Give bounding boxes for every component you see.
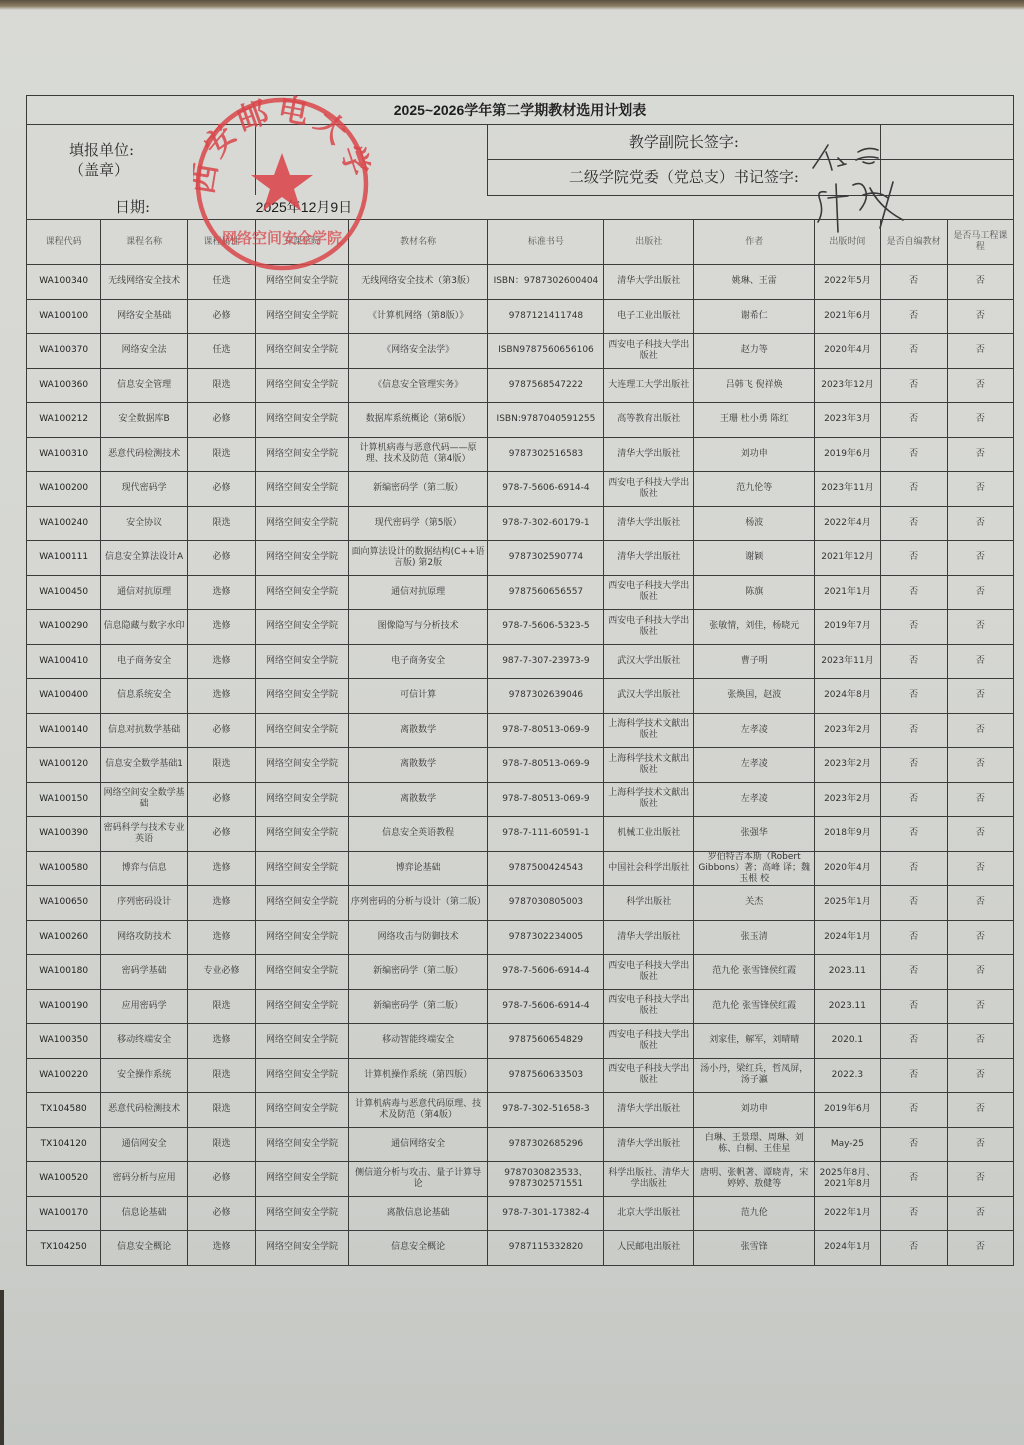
- author-cell: 曹子明: [694, 644, 815, 679]
- textbook-title-cell: 序列密码的分析与设计（第二版）: [348, 886, 488, 921]
- offering-college-cell: 网络空间安全学院: [256, 713, 349, 748]
- publisher-cell: 清华大学出版社: [604, 506, 694, 541]
- column-header: 是否马工程课程: [947, 220, 1013, 265]
- marx-project-flag-cell: 否: [947, 403, 1013, 438]
- author-cell: 张敏情，刘佳，杨晓元: [694, 610, 815, 645]
- offering-college-cell: 网络空间安全学院: [256, 782, 349, 817]
- course-code-cell: WA100310: [27, 437, 101, 472]
- textbook-title-cell: 数据库系统概论（第6版）: [348, 403, 488, 438]
- publish-date-cell: 2019年6月: [815, 437, 880, 472]
- table-row: WA100400信息系统安全选修网络空间安全学院可信计算978730263904…: [27, 679, 1014, 714]
- author-cell: 刘家佳，解军，刘晴晴: [694, 1024, 815, 1059]
- offering-college-cell: 网络空间安全学院: [256, 334, 349, 369]
- course-type-cell: 限选: [187, 748, 255, 783]
- isbn-cell: 9787500424543: [488, 851, 604, 886]
- offering-college-cell: 网络空间安全学院: [256, 472, 349, 507]
- isbn-cell: 9787302516583: [488, 437, 604, 472]
- publish-date-cell: 2022年5月: [815, 265, 880, 300]
- textbook-plan-sheet: 2025~2026学年第二学期教材选用计划表 填报单位: （盖章） 教学副院长签…: [26, 95, 1014, 1266]
- isbn-cell: 978-7-302-51658-3: [488, 1093, 604, 1128]
- isbn-cell: 9787302234005: [488, 920, 604, 955]
- self-compiled-flag-cell: 否: [880, 1127, 947, 1162]
- author-cell: 杨波: [694, 506, 815, 541]
- course-code-cell: WA100111: [27, 541, 101, 576]
- course-type-cell: 选修: [187, 610, 255, 645]
- course-code-cell: WA100580: [27, 851, 101, 886]
- self-compiled-flag-cell: 否: [880, 817, 947, 852]
- table-row: WA100390密码科学与技术专业英语必修网络空间安全学院信息安全英语教程978…: [27, 817, 1014, 852]
- isbn-cell: 9787560633503: [488, 1058, 604, 1093]
- course-name-cell: 信息安全管理: [101, 368, 188, 403]
- offering-college-cell: 网络空间安全学院: [256, 265, 349, 300]
- course-code-cell: WA100370: [27, 334, 101, 369]
- table-row: WA100212安全数据库B必修网络空间安全学院数据库系统概论（第6版）ISBN…: [27, 403, 1014, 438]
- publish-date-cell: 2019年7月: [815, 610, 880, 645]
- course-code-cell: WA100520: [27, 1162, 101, 1197]
- publisher-cell: 中国社会科学出版社: [604, 851, 694, 886]
- marx-project-flag-cell: 否: [947, 437, 1013, 472]
- course-code-cell: WA100260: [27, 920, 101, 955]
- author-cell: 姚琳、王雷: [694, 265, 815, 300]
- course-code-cell: WA100220: [27, 1058, 101, 1093]
- isbn-cell: 9787302639046: [488, 679, 604, 714]
- course-type-cell: 限选: [187, 1058, 255, 1093]
- course-type-cell: 任选: [187, 334, 255, 369]
- marx-project-flag-cell: 否: [947, 955, 1013, 990]
- offering-college-cell: 网络空间安全学院: [256, 644, 349, 679]
- marx-project-flag-cell: 否: [947, 334, 1013, 369]
- author-cell: 赵力等: [694, 334, 815, 369]
- publisher-cell: 电子工业出版社: [604, 299, 694, 334]
- publish-date-cell: 2021年12月: [815, 541, 880, 576]
- course-name-cell: 移动终端安全: [101, 1024, 188, 1059]
- textbook-title-cell: 图像隐写与分析技术: [348, 610, 488, 645]
- self-compiled-flag-cell: 否: [880, 1231, 947, 1266]
- self-compiled-flag-cell: 否: [880, 403, 947, 438]
- table-row: WA100260网络攻防技术选修网络空间安全学院网络攻击与防御技术9787302…: [27, 920, 1014, 955]
- course-code-cell: WA100650: [27, 886, 101, 921]
- author-cell: 唐明、张帆著、谭晓青，宋婷婷、敖健等: [694, 1162, 815, 1197]
- marx-project-flag-cell: 否: [947, 851, 1013, 886]
- publisher-cell: 西安电子科技大学出版社: [604, 334, 694, 369]
- textbook-title-cell: 通信网络安全: [348, 1127, 488, 1162]
- offering-college-cell: 网络空间安全学院: [256, 575, 349, 610]
- course-type-cell: 限选: [187, 989, 255, 1024]
- course-name-cell: 网络空间安全数学基础: [101, 782, 188, 817]
- publish-date-cell: 2023.11: [815, 989, 880, 1024]
- offering-college-cell: 网络空间安全学院: [256, 817, 349, 852]
- table-row: WA100140信息对抗数学基础必修网络空间安全学院离散数学978-7-8051…: [27, 713, 1014, 748]
- date-label: 日期:: [27, 195, 256, 220]
- table-row: WA100360信息安全管理限选网络空间安全学院《信息安全管理实务》978756…: [27, 368, 1014, 403]
- course-code-cell: WA100450: [27, 575, 101, 610]
- course-name-cell: 网络安全法: [101, 334, 188, 369]
- isbn-cell: ISBN：9787302600404: [488, 265, 604, 300]
- course-name-cell: 现代密码学: [101, 472, 188, 507]
- isbn-cell: ISBN:9787040591255: [488, 403, 604, 438]
- publish-date-cell: 2023年2月: [815, 713, 880, 748]
- course-name-cell: 信息论基础: [101, 1196, 188, 1231]
- textbook-title-cell: 《信息安全管理实务》: [348, 368, 488, 403]
- textbook-title-cell: 面向算法设计的数据结构(C++语言版) 第2版: [348, 541, 488, 576]
- column-header: 出版社: [604, 220, 694, 265]
- isbn-cell: 978-7-5606-6914-4: [488, 989, 604, 1024]
- table-header-row: 课程代码课程名称课程属性开课学院教材名称标准书号出版社作者出版时间是否自编教材是…: [27, 220, 1014, 265]
- course-code-cell: WA100240: [27, 506, 101, 541]
- marx-project-flag-cell: 否: [947, 1024, 1013, 1059]
- author-cell: 左孝凌: [694, 748, 815, 783]
- date-value: 2025年12月9日: [256, 195, 1014, 220]
- column-header: 教材名称: [348, 220, 488, 265]
- publish-date-cell: 2021年6月: [815, 299, 880, 334]
- course-type-cell: 限选: [187, 1127, 255, 1162]
- marx-project-flag-cell: 否: [947, 679, 1013, 714]
- publisher-cell: 武汉大学出版社: [604, 644, 694, 679]
- author-cell: 王珊 杜小勇 陈红: [694, 403, 815, 438]
- self-compiled-flag-cell: 否: [880, 1162, 947, 1197]
- publisher-cell: 上海科学技术文献出版社: [604, 713, 694, 748]
- self-compiled-flag-cell: 否: [880, 644, 947, 679]
- publish-date-cell: 2022年4月: [815, 506, 880, 541]
- column-header: 课程名称: [101, 220, 188, 265]
- self-compiled-flag-cell: 否: [880, 851, 947, 886]
- publish-date-cell: 2021年1月: [815, 575, 880, 610]
- textbook-title-cell: 离散信息论基础: [348, 1196, 488, 1231]
- course-code-cell: WA100290: [27, 610, 101, 645]
- isbn-cell: 978-7-80513-069-9: [488, 748, 604, 783]
- self-compiled-flag-cell: 否: [880, 541, 947, 576]
- marx-project-flag-cell: 否: [947, 1231, 1013, 1266]
- self-compiled-flag-cell: 否: [880, 679, 947, 714]
- table-row: WA100170信息论基础必修网络空间安全学院离散信息论基础978-7-301-…: [27, 1196, 1014, 1231]
- course-code-cell: WA100360: [27, 368, 101, 403]
- isbn-cell: 9787302590774: [488, 541, 604, 576]
- course-name-cell: 安全操作系统: [101, 1058, 188, 1093]
- self-compiled-flag-cell: 否: [880, 1058, 947, 1093]
- isbn-cell: 9787560656557: [488, 575, 604, 610]
- course-name-cell: 序列密码设计: [101, 886, 188, 921]
- table-row: WA100111信息安全算法设计A必修网络空间安全学院面向算法设计的数据结构(C…: [27, 541, 1014, 576]
- course-type-cell: 限选: [187, 368, 255, 403]
- table-row: TX104580恶意代码检测技术限选网络空间安全学院计算机病毒与恶意代码原理、技…: [27, 1093, 1014, 1128]
- table-row: WA100100网络安全基础必修网络空间安全学院《计算机网络（第8版）》9787…: [27, 299, 1014, 334]
- table-row: WA100220安全操作系统限选网络空间安全学院计算机操作系统（第四版）9787…: [27, 1058, 1014, 1093]
- author-cell: 张玉清: [694, 920, 815, 955]
- textbook-title-cell: 离散数学: [348, 713, 488, 748]
- marx-project-flag-cell: 否: [947, 782, 1013, 817]
- course-type-cell: 限选: [187, 1093, 255, 1128]
- textbook-title-cell: 计算机操作系统（第四版）: [348, 1058, 488, 1093]
- offering-college-cell: 网络空间安全学院: [256, 506, 349, 541]
- course-name-cell: 应用密码学: [101, 989, 188, 1024]
- textbook-title-cell: 电子商务安全: [348, 644, 488, 679]
- course-type-cell: 必修: [187, 541, 255, 576]
- publish-date-cell: 2022.3: [815, 1058, 880, 1093]
- publisher-cell: 科学出版社、清华大学出版社: [604, 1162, 694, 1197]
- marx-project-flag-cell: 否: [947, 644, 1013, 679]
- isbn-cell: 9787030805003: [488, 886, 604, 921]
- marx-project-flag-cell: 否: [947, 1127, 1013, 1162]
- publisher-cell: 西安电子科技大学出版社: [604, 1058, 694, 1093]
- course-code-cell: TX104580: [27, 1093, 101, 1128]
- author-cell: 关杰: [694, 886, 815, 921]
- table-row: WA100370网络安全法任选网络空间安全学院《网络安全法学》ISBN97875…: [27, 334, 1014, 369]
- table-row: WA100410电子商务安全选修网络空间安全学院电子商务安全987-7-307-…: [27, 644, 1014, 679]
- table-row: WA100340无线网络安全技术任选网络空间安全学院无线网络安全技术（第3版）I…: [27, 265, 1014, 300]
- publish-date-cell: 2024年1月: [815, 920, 880, 955]
- author-cell: 刘功申: [694, 437, 815, 472]
- marx-project-flag-cell: 否: [947, 506, 1013, 541]
- author-cell: 白琳、王景璟、周琳、刘栋、白桐、王佳星: [694, 1127, 815, 1162]
- publish-date-cell: 2024年1月: [815, 1231, 880, 1266]
- textbook-title-cell: 计算机病毒与恶意代码原理、技术及防范（第4版）: [348, 1093, 488, 1128]
- course-code-cell: WA100100: [27, 299, 101, 334]
- author-cell: 汤小丹，梁红兵，哲凤屏，汤子瀛: [694, 1058, 815, 1093]
- table-row: WA100450通信对抗原理选修网络空间安全学院通信对抗原理9787560656…: [27, 575, 1014, 610]
- isbn-cell: 978-7-302-60179-1: [488, 506, 604, 541]
- isbn-cell: 9787302685296: [488, 1127, 604, 1162]
- publisher-cell: 上海科学技术文献出版社: [604, 782, 694, 817]
- course-code-cell: TX104120: [27, 1127, 101, 1162]
- course-code-cell: WA100390: [27, 817, 101, 852]
- table-row: WA100650序列密码设计选修网络空间安全学院序列密码的分析与设计（第二版）9…: [27, 886, 1014, 921]
- publish-date-cell: 2023年2月: [815, 782, 880, 817]
- course-name-cell: 密码学基础: [101, 955, 188, 990]
- course-code-cell: WA100200: [27, 472, 101, 507]
- textbook-title-cell: 信息安全英语教程: [348, 817, 488, 852]
- offering-college-cell: 网络空间安全学院: [256, 1196, 349, 1231]
- column-header: 开课学院: [256, 220, 349, 265]
- isbn-cell: ISBN9787560656106: [488, 334, 604, 369]
- unit-label: 填报单位:: [29, 140, 253, 160]
- publisher-cell: 清华大学出版社: [604, 1127, 694, 1162]
- author-cell: 左孝凌: [694, 782, 815, 817]
- table-row: WA100150网络空间安全数学基础必修网络空间安全学院离散数学978-7-80…: [27, 782, 1014, 817]
- publisher-cell: 西安电子科技大学出版社: [604, 1024, 694, 1059]
- course-type-cell: 选修: [187, 575, 255, 610]
- course-type-cell: 选修: [187, 679, 255, 714]
- self-compiled-flag-cell: 否: [880, 713, 947, 748]
- offering-college-cell: 网络空间安全学院: [256, 955, 349, 990]
- textbook-title-cell: 新编密码学（第二版）: [348, 989, 488, 1024]
- publish-date-cell: 2024年8月: [815, 679, 880, 714]
- offering-college-cell: 网络空间安全学院: [256, 368, 349, 403]
- textbook-title-cell: 离散数学: [348, 782, 488, 817]
- publisher-cell: 人民邮电出版社: [604, 1231, 694, 1266]
- vice-dean-signature-cell: [880, 125, 1014, 160]
- course-type-cell: 选修: [187, 1024, 255, 1059]
- marx-project-flag-cell: 否: [947, 886, 1013, 921]
- table-row: WA100200现代密码学必修网络空间安全学院新编密码学（第二版）978-7-5…: [27, 472, 1014, 507]
- unit-label-cell: 填报单位: （盖章）: [27, 125, 256, 196]
- document-title: 2025~2026学年第二学期教材选用计划表: [27, 96, 1014, 125]
- course-name-cell: 博弈与信息: [101, 851, 188, 886]
- publish-date-cell: 2023年2月: [815, 748, 880, 783]
- offering-college-cell: 网络空间安全学院: [256, 610, 349, 645]
- course-name-cell: 无线网络安全技术: [101, 265, 188, 300]
- offering-college-cell: 网络空间安全学院: [256, 1058, 349, 1093]
- marx-project-flag-cell: 否: [947, 817, 1013, 852]
- course-name-cell: 电子商务安全: [101, 644, 188, 679]
- publisher-cell: 西安电子科技大学出版社: [604, 610, 694, 645]
- offering-college-cell: 网络空间安全学院: [256, 920, 349, 955]
- photo-edge-shadow: [0, 0, 1024, 10]
- publisher-cell: 西安电子科技大学出版社: [604, 989, 694, 1024]
- course-code-cell: WA100410: [27, 644, 101, 679]
- publish-date-cell: 2023年3月: [815, 403, 880, 438]
- author-cell: 左孝凌: [694, 713, 815, 748]
- author-cell: 罗伯特吉本斯（Robert Gibbons）著；高峰 译；魏玉根 校: [694, 851, 815, 886]
- publisher-cell: 高等教育出版社: [604, 403, 694, 438]
- table-row: WA100310恶意代码检测技术限选网络空间安全学院计算机病毒与恶意代码——原理…: [27, 437, 1014, 472]
- course-type-cell: 限选: [187, 506, 255, 541]
- offering-college-cell: 网络空间安全学院: [256, 748, 349, 783]
- publish-date-cell: 2025年8月、2021年8月: [815, 1162, 880, 1197]
- textbook-title-cell: 离散数学: [348, 748, 488, 783]
- course-name-cell: 网络攻防技术: [101, 920, 188, 955]
- table-row: WA100120信息安全数学基础1限选网络空间安全学院离散数学978-7-805…: [27, 748, 1014, 783]
- course-type-cell: 选修: [187, 886, 255, 921]
- course-type-cell: 任选: [187, 265, 255, 300]
- marx-project-flag-cell: 否: [947, 368, 1013, 403]
- textbook-title-cell: 侧信道分析与攻击、量子计算导论: [348, 1162, 488, 1197]
- marx-project-flag-cell: 否: [947, 472, 1013, 507]
- offering-college-cell: 网络空间安全学院: [256, 851, 349, 886]
- isbn-cell: 9787568547222: [488, 368, 604, 403]
- table-row: WA100290信息隐藏与数字水印选修网络空间安全学院图像隐写与分析技术978-…: [27, 610, 1014, 645]
- self-compiled-flag-cell: 否: [880, 782, 947, 817]
- column-header: 出版时间: [815, 220, 880, 265]
- author-cell: 张雪锋: [694, 1231, 815, 1266]
- isbn-cell: 978-7-301-17382-4: [488, 1196, 604, 1231]
- textbook-title-cell: 计算机病毒与恶意代码——原理、技术及防范（第4版）: [348, 437, 488, 472]
- column-header: 课程代码: [27, 220, 101, 265]
- course-type-cell: 选修: [187, 1231, 255, 1266]
- course-name-cell: 安全数据库B: [101, 403, 188, 438]
- course-name-cell: 通信网安全: [101, 1127, 188, 1162]
- publisher-cell: 武汉大学出版社: [604, 679, 694, 714]
- table-row: WA100190应用密码学限选网络空间安全学院新编密码学（第二版）978-7-5…: [27, 989, 1014, 1024]
- publisher-cell: 清华大学出版社: [604, 437, 694, 472]
- textbook-title-cell: 网络攻击与防御技术: [348, 920, 488, 955]
- course-type-cell: 专业必修: [187, 955, 255, 990]
- textbook-title-cell: 信息安全概论: [348, 1231, 488, 1266]
- self-compiled-flag-cell: 否: [880, 575, 947, 610]
- isbn-cell: 9787121411748: [488, 299, 604, 334]
- course-code-cell: WA100400: [27, 679, 101, 714]
- publish-date-cell: 2025年1月: [815, 886, 880, 921]
- self-compiled-flag-cell: 否: [880, 955, 947, 990]
- marx-project-flag-cell: 否: [947, 713, 1013, 748]
- author-cell: 吕韩飞 倪祥焕: [694, 368, 815, 403]
- isbn-cell: 978-7-80513-069-9: [488, 782, 604, 817]
- course-code-cell: WA100190: [27, 989, 101, 1024]
- course-code-cell: WA100212: [27, 403, 101, 438]
- course-name-cell: 密码分析与应用: [101, 1162, 188, 1197]
- table-row: WA100180密码学基础专业必修网络空间安全学院新编密码学（第二版）978-7…: [27, 955, 1014, 990]
- self-compiled-flag-cell: 否: [880, 506, 947, 541]
- publisher-cell: 清华大学出版社: [604, 1093, 694, 1128]
- party-secretary-sign-label: 二级学院党委（党总支）书记签字:: [488, 160, 880, 195]
- course-type-cell: 选修: [187, 644, 255, 679]
- isbn-cell: 978-7-5606-6914-4: [488, 472, 604, 507]
- marx-project-flag-cell: 否: [947, 989, 1013, 1024]
- self-compiled-flag-cell: 否: [880, 1196, 947, 1231]
- self-compiled-flag-cell: 否: [880, 1024, 947, 1059]
- offering-college-cell: 网络空间安全学院: [256, 1127, 349, 1162]
- course-type-cell: 选修: [187, 920, 255, 955]
- course-code-cell: WA100350: [27, 1024, 101, 1059]
- publish-date-cell: 2018年9月: [815, 817, 880, 852]
- isbn-cell: 9787560654829: [488, 1024, 604, 1059]
- author-cell: 范九伦 张雪锋侯红霞: [694, 955, 815, 990]
- course-name-cell: 信息对抗数学基础: [101, 713, 188, 748]
- publisher-cell: 清华大学出版社: [604, 920, 694, 955]
- course-type-cell: 必修: [187, 817, 255, 852]
- publish-date-cell: May-25: [815, 1127, 880, 1162]
- course-name-cell: 信息系统安全: [101, 679, 188, 714]
- offering-college-cell: 网络空间安全学院: [256, 541, 349, 576]
- course-name-cell: 信息安全数学基础1: [101, 748, 188, 783]
- marx-project-flag-cell: 否: [947, 541, 1013, 576]
- publish-date-cell: 2020.1: [815, 1024, 880, 1059]
- offering-college-cell: 网络空间安全学院: [256, 989, 349, 1024]
- publish-date-cell: 2023年11月: [815, 644, 880, 679]
- author-cell: 刘功申: [694, 1093, 815, 1128]
- offering-college-cell: 网络空间安全学院: [256, 1093, 349, 1128]
- course-name-cell: 网络安全基础: [101, 299, 188, 334]
- course-type-cell: 必修: [187, 1162, 255, 1197]
- offering-college-cell: 网络空间安全学院: [256, 1024, 349, 1059]
- marx-project-flag-cell: 否: [947, 1162, 1013, 1197]
- publisher-cell: 北京大学出版社: [604, 1196, 694, 1231]
- marx-project-flag-cell: 否: [947, 748, 1013, 783]
- textbook-title-cell: 移动智能终端安全: [348, 1024, 488, 1059]
- course-type-cell: 必修: [187, 782, 255, 817]
- course-type-cell: 必修: [187, 472, 255, 507]
- publisher-cell: 大连理工大学出版社: [604, 368, 694, 403]
- course-name-cell: 恶意代码检测技术: [101, 1093, 188, 1128]
- publish-date-cell: 2020年4月: [815, 334, 880, 369]
- course-type-cell: 选修: [187, 851, 255, 886]
- publish-date-cell: 2023.11: [815, 955, 880, 990]
- photo-edge-shadow-left: [0, 1290, 4, 1445]
- isbn-cell: 978-7-111-60591-1: [488, 817, 604, 852]
- course-code-cell: TX104250: [27, 1231, 101, 1266]
- course-name-cell: 密码科学与技术专业英语: [101, 817, 188, 852]
- marx-project-flag-cell: 否: [947, 265, 1013, 300]
- course-type-cell: 限选: [187, 437, 255, 472]
- textbook-title-cell: 新编密码学（第二版）: [348, 955, 488, 990]
- author-cell: 范九伦: [694, 1196, 815, 1231]
- publish-date-cell: 2023年11月: [815, 472, 880, 507]
- publish-date-cell: 2022年1月: [815, 1196, 880, 1231]
- self-compiled-flag-cell: 否: [880, 265, 947, 300]
- self-compiled-flag-cell: 否: [880, 610, 947, 645]
- author-cell: 张强华: [694, 817, 815, 852]
- stamp-area: [256, 125, 488, 196]
- marx-project-flag-cell: 否: [947, 1058, 1013, 1093]
- course-type-cell: 必修: [187, 403, 255, 438]
- self-compiled-flag-cell: 否: [880, 472, 947, 507]
- course-code-cell: WA100180: [27, 955, 101, 990]
- author-cell: 张焕国，赵波: [694, 679, 815, 714]
- course-name-cell: 信息隐藏与数字水印: [101, 610, 188, 645]
- unit-sublabel: （盖章）: [29, 160, 253, 180]
- textbook-title-cell: 《网络安全法学》: [348, 334, 488, 369]
- isbn-cell: 978-7-80513-069-9: [488, 713, 604, 748]
- self-compiled-flag-cell: 否: [880, 920, 947, 955]
